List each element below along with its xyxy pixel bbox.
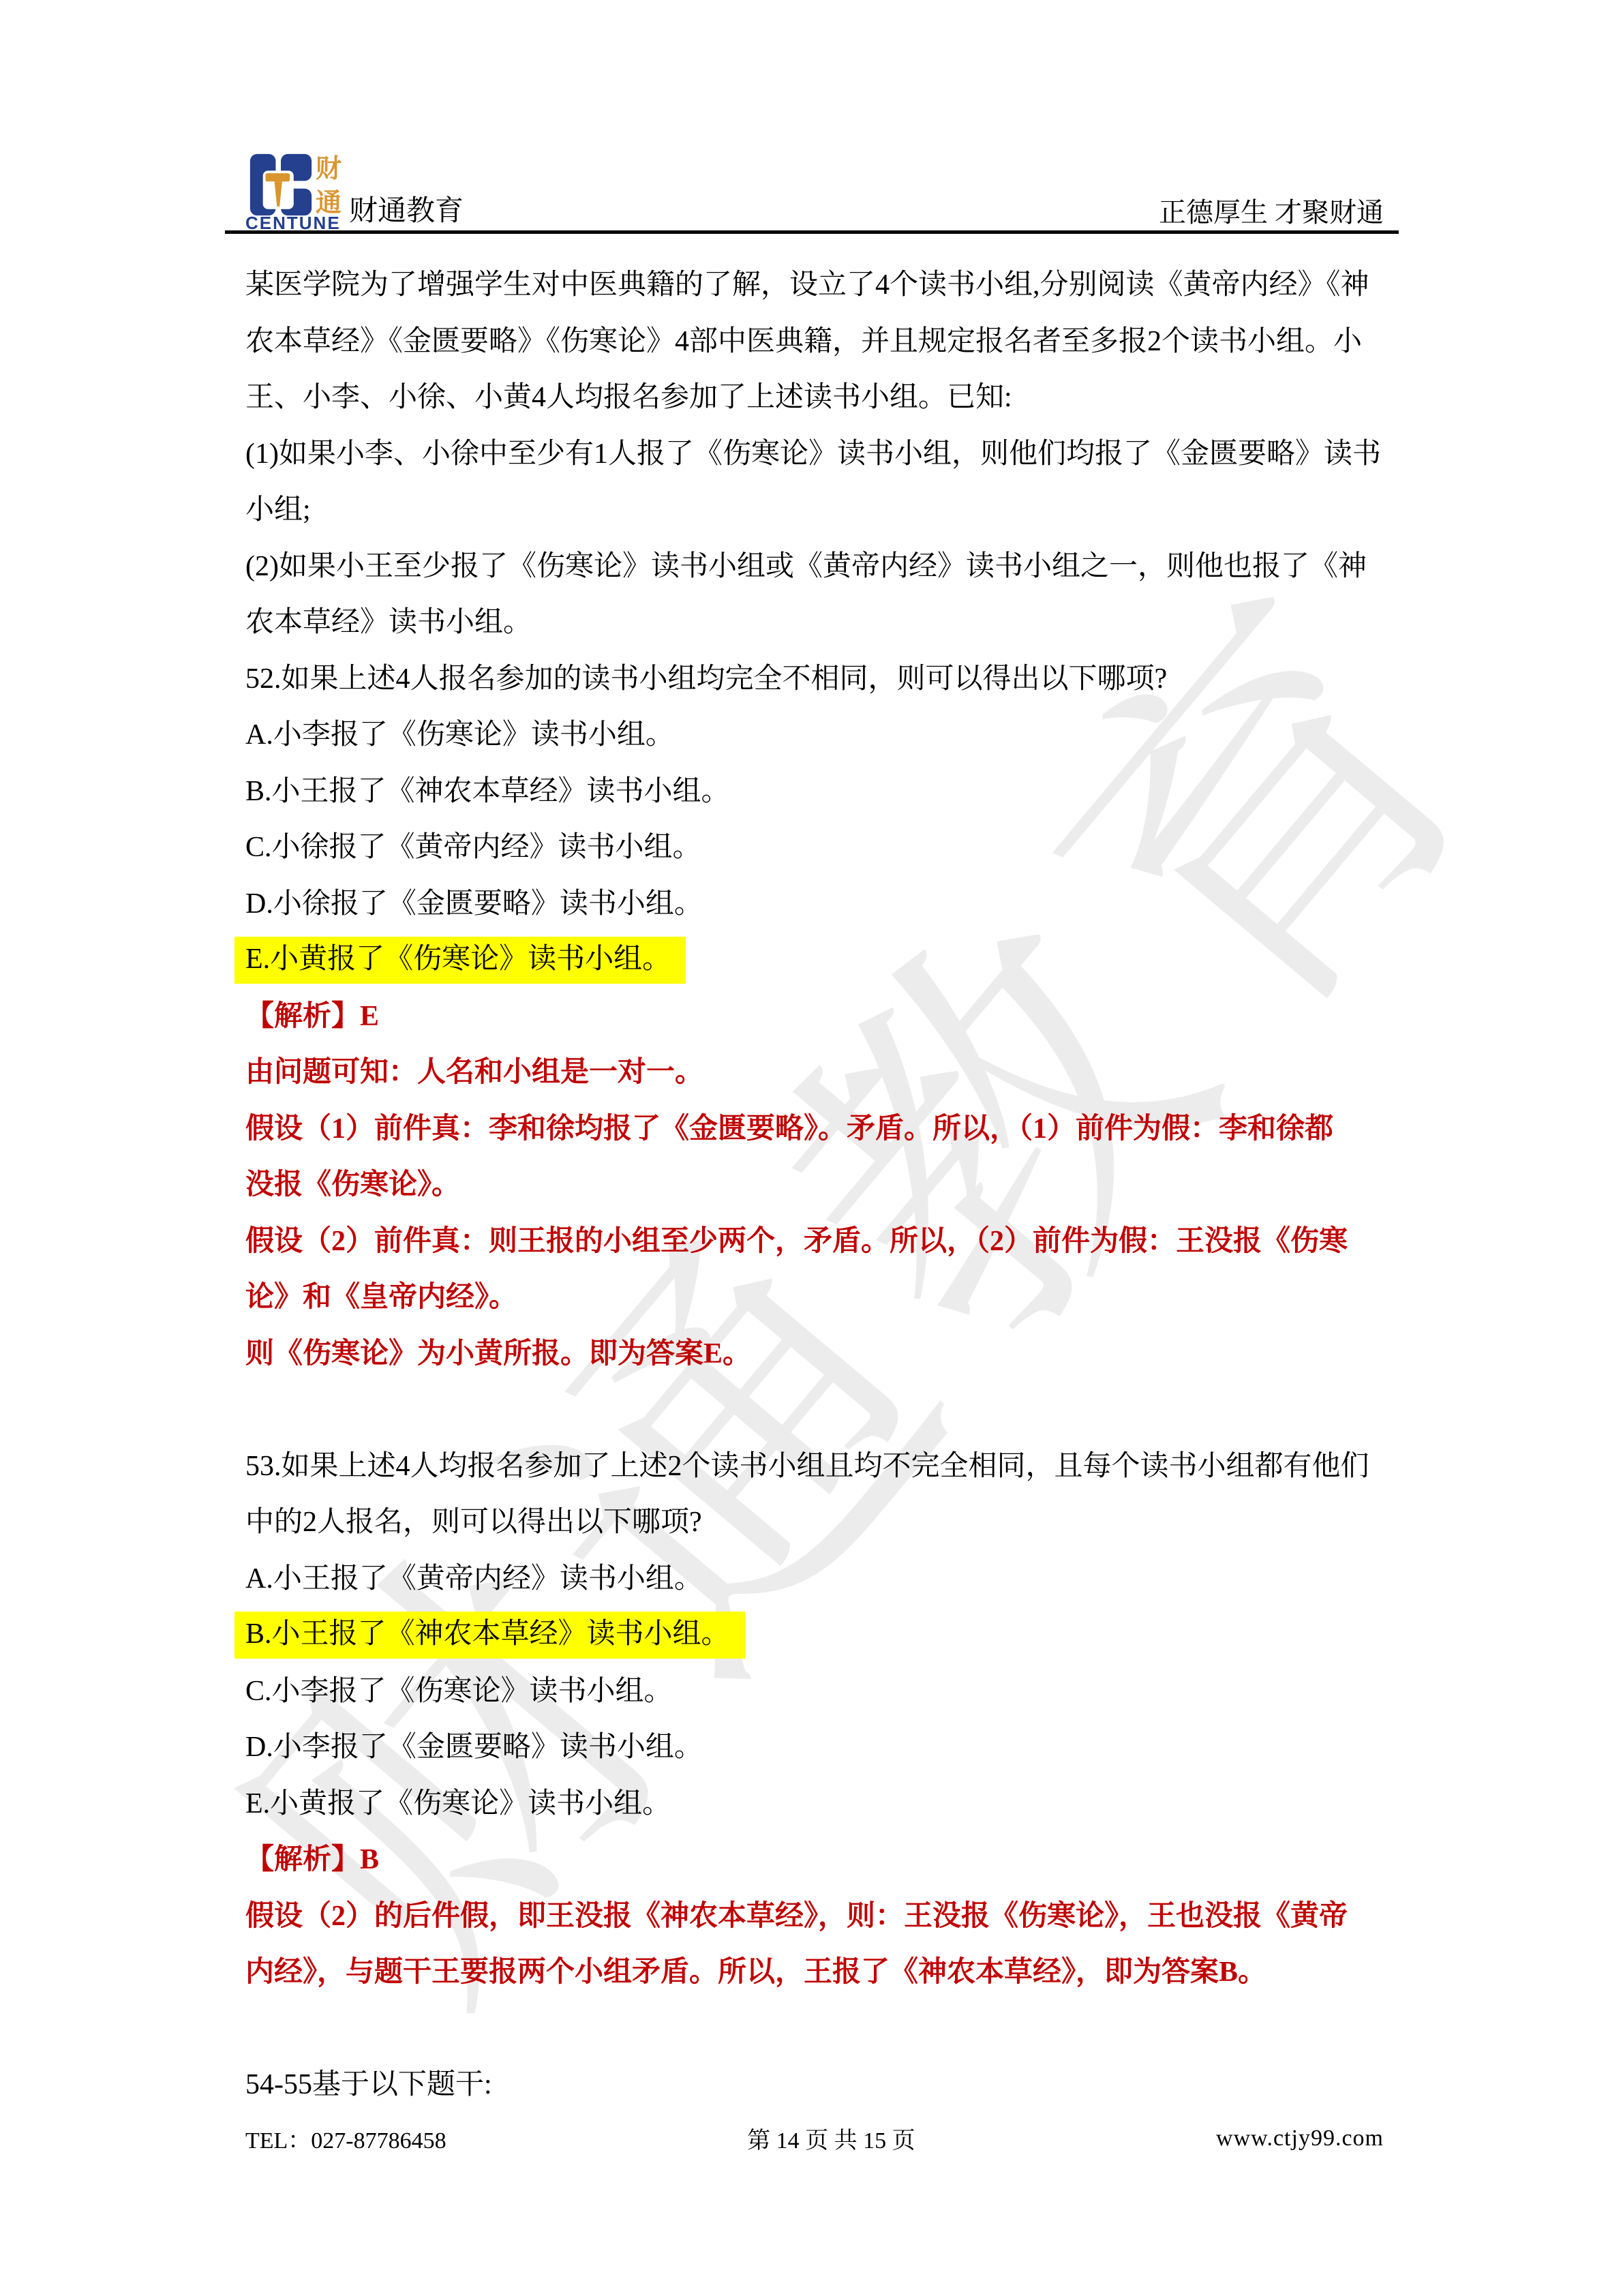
analysis-line: 则《伤寒论》为小黄所报。即为答案E。: [245, 1336, 751, 1372]
text-line: 农本草经》读书小组。: [245, 594, 1445, 651]
text-line: 【解析】B: [245, 1832, 1445, 1888]
text-line: 论》和《皇帝内经》。: [245, 1269, 1445, 1326]
centune-logo-icon: [249, 153, 313, 217]
text-line: 54-55基于以下题干:: [245, 2057, 1445, 2113]
body-text-line: (2)如果小王至少报了《伤寒论》读书小组或《黄帝内经》读书小组之一，则他也报了《…: [245, 549, 1367, 585]
body-text-line: D.小李报了《金匮要略》读书小组。: [245, 1729, 703, 1766]
body-text-line: A.小王报了《黄帝内经》读书小组。: [245, 1561, 703, 1597]
text-line: 52.如果上述4人报名参加的读书小组均完全不相同，则可以得出以下哪项?: [245, 651, 1445, 708]
footer-website-link[interactable]: www.ctjy99.com: [1216, 2126, 1384, 2151]
text-line: 【解析】E: [245, 988, 1445, 1045]
body-text-line: E.小黄报了《伤寒论》读书小组。: [245, 1786, 671, 1822]
analysis-line: 【解析】E: [245, 999, 379, 1035]
analysis-line: 内经》，与题干王要报两个小组矛盾。所以，王报了《神农本草经》，即为答案B。: [245, 1954, 1266, 1991]
text-line: C.小徐报了《黄帝内经》读书小组。: [245, 819, 1445, 876]
analysis-line: 假设（2）的后件假，即王没报《神农本草经》，则：王没报《伤寒论》，王也没报《黄帝: [245, 1899, 1348, 1935]
page-footer: TEL：027-87786458 第 14 页 共 15 页 www.ctjy9…: [245, 2121, 1384, 2155]
analysis-line: 没报《伤寒论》。: [245, 1167, 460, 1203]
body-text-line: (1)如果小李、小徐中至少有1人报了《伤寒论》读书小组，则他们均报了《金匮要略》…: [245, 436, 1381, 472]
text-line: C.小李报了《伤寒论》读书小组。: [245, 1663, 1445, 1720]
text-line: 假设（2）的后件假，即王没报《神农本草经》，则：王没报《伤寒论》，王也没报《黄帝: [245, 1888, 1445, 1945]
analysis-line: 假设（2）前件真：则王报的小组至少两个，矛盾。所以，（2）前件为假：王没报《伤寒: [245, 1224, 1348, 1260]
highlighted-answer-line: B.小王报了《神农本草经》读书小组。: [234, 1612, 745, 1659]
body-text-line: 某医学院为了增强学生对中医典籍的了解，设立了4个读书小组,分别阅读《黄帝内经》《…: [245, 267, 1369, 303]
text-line: 由问题可知：人名和小组是一对一。: [245, 1044, 1445, 1101]
text-line: E.小黄报了《伤寒论》读书小组。: [245, 1776, 1445, 1832]
body-text-line: 54-55基于以下题干:: [245, 2067, 492, 2103]
document-page: 财通教育 财 通 CENTUNE 财通教育 正德厚生 才聚财通 某医学院为了增强…: [0, 0, 1623, 2296]
body-text-line: 中的2人报名，则可以得出以下哪项?: [245, 1505, 702, 1541]
body-text-line: 小组;: [245, 492, 311, 528]
body-text-line: 农本草经》读书小组。: [245, 605, 532, 641]
analysis-line: 假设（1）前件真：李和徐均报了《金匮要略》。矛盾。所以，（1）前件为假：李和徐都: [245, 1111, 1333, 1147]
analysis-line: 论》和《皇帝内经》。: [245, 1280, 517, 1316]
body-text-line: 53.如果上述4人均报名参加了上述2个读书小组且均不完全相同，且每个读书小组都有…: [245, 1449, 1369, 1485]
body-text-line: C.小李报了《伤寒论》读书小组。: [245, 1674, 673, 1710]
header-slogan: 正德厚生 才聚财通: [1159, 191, 1384, 230]
analysis-line: 【解析】B: [245, 1842, 379, 1878]
body-text-line: 农本草经》《金匮要略》《伤寒论》4部中医典籍，并且规定报名者至多报2个读书小组。…: [245, 324, 1362, 360]
footer-page-number: 第 14 页 共 15 页: [747, 2121, 915, 2155]
text-line: 则《伤寒论》为小黄所报。即为答案E。: [245, 1326, 1445, 1383]
text-line: 王、小李、小徐、小黄4人均报名参加了上述读书小组。已知:: [245, 369, 1445, 426]
text-line: 假设（2）前件真：则王报的小组至少两个，矛盾。所以，（2）前件为假：王没报《伤寒: [245, 1213, 1445, 1270]
logo-brand-characters: 财 通: [316, 155, 344, 218]
text-line: (1)如果小李、小徐中至少有1人报了《伤寒论》读书小组，则他们均报了《金匮要略》…: [245, 426, 1445, 483]
text-line: E.小黄报了《伤寒论》读书小组。: [245, 932, 1445, 988]
blank-line: [245, 2001, 1445, 2057]
body-text-line: B.小王报了《神农本草经》读书小组。: [245, 774, 730, 810]
body-text-line: A.小李报了《伤寒论》读书小组。: [245, 717, 674, 753]
footer-telephone: TEL：027-87786458: [245, 2121, 446, 2155]
text-line: 小组;: [245, 482, 1445, 539]
header-divider: [225, 230, 1399, 234]
body-text-line: 52.如果上述4人报名参加的读书小组均完全不相同，则可以得出以下哪项?: [245, 661, 1167, 697]
text-line: 某医学院为了增强学生对中医典籍的了解，设立了4个读书小组,分别阅读《黄帝内经》《…: [245, 257, 1445, 314]
blank-line: [245, 1382, 1445, 1438]
body-text-line: C.小徐报了《黄帝内经》读书小组。: [245, 830, 701, 866]
text-line: A.小王报了《黄帝内经》读书小组。: [245, 1551, 1445, 1607]
document-body: 某医学院为了增强学生对中医典籍的了解，设立了4个读书小组,分别阅读《黄帝内经》《…: [245, 257, 1445, 2113]
highlighted-answer-line: E.小黄报了《伤寒论》读书小组。: [234, 937, 686, 984]
logo-brand-char-cai: 财: [316, 155, 344, 184]
text-line: B.小王报了《神农本草经》读书小组。: [245, 1607, 1445, 1663]
text-line: D.小李报了《金匮要略》读书小组。: [245, 1719, 1445, 1776]
body-text-line: 王、小李、小徐、小黄4人均报名参加了上述读书小组。已知:: [245, 380, 1012, 416]
text-line: (2)如果小王至少报了《伤寒论》读书小组或《黄帝内经》读书小组之一，则他也报了《…: [245, 539, 1445, 595]
text-line: 中的2人报名，则可以得出以下哪项?: [245, 1494, 1445, 1551]
text-line: 内经》，与题干王要报两个小组矛盾。所以，王报了《神农本草经》，即为答案B。: [245, 1944, 1445, 2001]
text-line: 假设（1）前件真：李和徐均报了《金匮要略》。矛盾。所以，（1）前件为假：李和徐都: [245, 1101, 1445, 1158]
text-line: B.小王报了《神农本草经》读书小组。: [245, 764, 1445, 820]
text-line: D.小徐报了《金匮要略》读书小组。: [245, 876, 1445, 933]
text-line: 53.如果上述4人均报名参加了上述2个读书小组且均不完全相同，且每个读书小组都有…: [245, 1438, 1445, 1495]
company-name: 财通教育: [349, 188, 464, 229]
text-line: 没报《伤寒论》。: [245, 1157, 1445, 1213]
text-line: 农本草经》《金匮要略》《伤寒论》4部中医典籍，并且规定报名者至多报2个读书小组。…: [245, 314, 1445, 370]
text-line: A.小李报了《伤寒论》读书小组。: [245, 707, 1445, 764]
body-text-line: D.小徐报了《金匮要略》读书小组。: [245, 886, 703, 922]
analysis-line: 由问题可知：人名和小组是一对一。: [245, 1055, 703, 1091]
